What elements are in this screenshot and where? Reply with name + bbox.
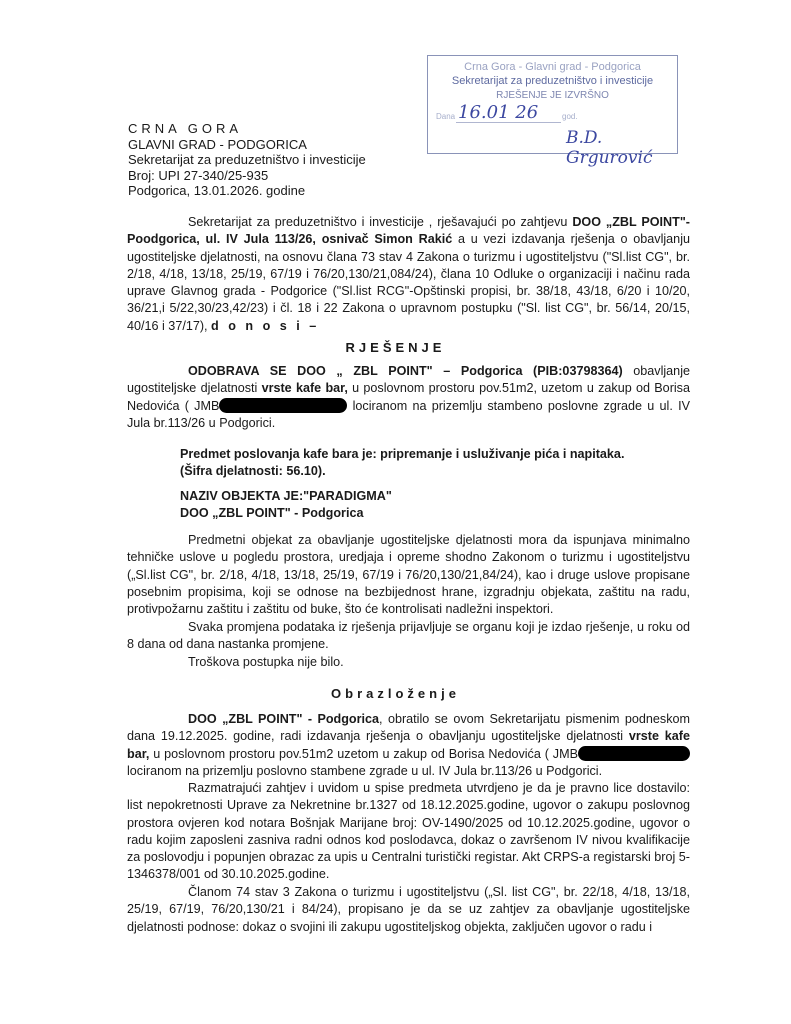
decision-paragraph: ODOBRAVA SE DOO „ ZBL POINT" – Podgorica… — [127, 363, 690, 432]
header-office: Sekretarijat za preduzetništvo i investi… — [128, 152, 366, 168]
requirements-paragraph: Predmetni objekat za obavljanje ugostite… — [127, 532, 690, 618]
intro-text-a: Sekretarijat za preduzetništvo i investi… — [188, 215, 572, 229]
reasoning-text-d: u poslovnom prostoru pov.51m2 uzetom u z… — [149, 747, 578, 761]
change-notice-paragraph: Svaka promjena podataka iz rješenja prij… — [127, 619, 690, 654]
stamp-line-3: RJEŠENJE JE IZVRŠNO — [428, 90, 677, 101]
decision-type: vrste kafe bar, — [262, 381, 348, 395]
stamp-god-label: god. — [562, 112, 578, 121]
reasoning-text-e: lociranom na prizemlju poslovno stambene… — [127, 764, 602, 778]
header-country: CRNA GORA — [128, 121, 366, 137]
reasoning-paragraph-1: DOO „ZBL POINT" - Podgorica, obratilo se… — [127, 711, 690, 780]
stamp-dana-label: Dana — [436, 112, 455, 121]
activity-code: (Šifra djelatnosti: 56.10). — [180, 463, 700, 480]
reasoning-paragraph-3: Članom 74 stav 3 Zakona o turizmu i ugos… — [127, 884, 690, 936]
stamp-signature: B.D. Grgurović — [566, 128, 677, 168]
document-page: Crna Gora - Glavni grad - Podgorica Sekr… — [0, 0, 791, 1024]
reasoning-applicant: DOO „ZBL POINT" - Podgorica — [188, 712, 379, 726]
intro-donosi: d o n o s i – — [211, 319, 319, 333]
header-place-date: Podgorica, 13.01.2026. godine — [128, 183, 366, 199]
header-number: Broj: UPI 27-340/25-935 — [128, 168, 366, 184]
stamp-line-2: Sekretarijat za preduzetništvo i investi… — [428, 75, 677, 87]
redacted-jmb-2 — [578, 746, 690, 761]
object-info: NAZIV OBJEKTA JE:"PARADIGMA" DOO „ZBL PO… — [180, 488, 700, 523]
stamp-handwritten-date: 16.01 26 — [458, 102, 538, 123]
subject-text: Predmet poslovanja kafe bara je: priprem… — [180, 446, 700, 463]
header-city: GLAVNI GRAD - PODGORICA — [128, 137, 366, 153]
object-name: NAZIV OBJEKTA JE:"PARADIGMA" — [180, 488, 700, 505]
business-subject: Predmet poslovanja kafe bara je: priprem… — [180, 446, 700, 481]
execution-stamp: Crna Gora - Glavni grad - Podgorica Sekr… — [427, 55, 678, 154]
decision-title: RJEŠENJE — [0, 340, 791, 355]
redacted-jmb — [219, 398, 347, 413]
document-header: CRNA GORA GLAVNI GRAD - PODGORICA Sekret… — [128, 121, 366, 199]
object-company: DOO „ZBL POINT" - Podgorica — [180, 505, 700, 522]
intro-paragraph: Sekretarijat za preduzetništvo i investi… — [127, 214, 690, 335]
decision-approval: ODOBRAVA SE DOO „ ZBL POINT" – Podgorica… — [188, 364, 623, 378]
intro-text-c: a u vezi izdavanja rješenja o obavljanju… — [127, 232, 690, 332]
reasoning-title: Obrazloženje — [0, 686, 791, 701]
stamp-line-1: Crna Gora - Glavni grad - Podgorica — [428, 61, 677, 73]
reasoning-paragraph-2: Razmatrajući zahtjev i uvidom u spise pr… — [127, 780, 690, 884]
stamp-date-line — [456, 122, 561, 123]
costs-paragraph: Troškova postupka nije bilo. — [127, 654, 690, 671]
